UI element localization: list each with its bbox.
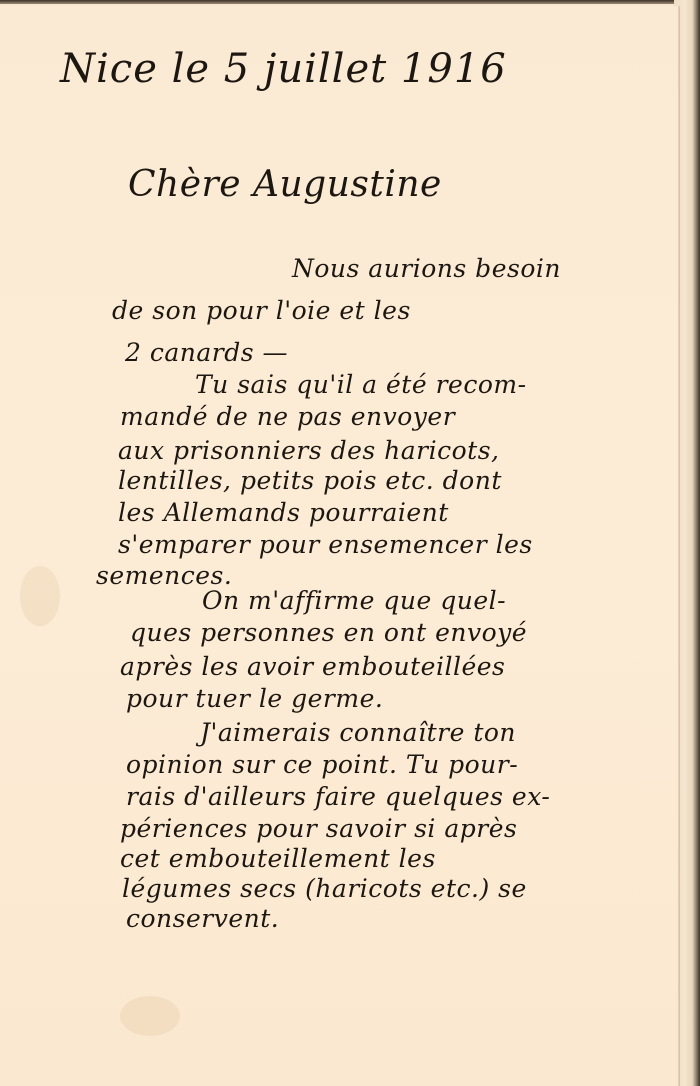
letter-line: mandé de ne pas envoyer [120, 402, 455, 431]
paper-stain [20, 566, 60, 626]
letter-line: On m'affirme que quel- [202, 586, 506, 615]
letter-line: aux prisonniers des haricots, [118, 436, 500, 465]
letter-line: rais d'ailleurs faire quelques ex- [126, 782, 550, 811]
letter-page: Nice le 5 juillet 1916 Chère Augustine N… [0, 6, 678, 1086]
letter-line: lentilles, petits pois etc. dont [118, 466, 502, 495]
letter-line: J'aimerais connaître ton [200, 718, 516, 747]
letter-line: pour tuer le germe. [126, 684, 383, 713]
letter-line: Tu sais qu'il a été recom- [195, 370, 527, 399]
paper-stain [120, 996, 180, 1036]
letter-greeting: Chère Augustine [128, 164, 442, 205]
letter-line: s'emparer pour ensemencer les [118, 530, 533, 559]
letter-line: conservent. [126, 904, 279, 933]
letter-line: après les avoir embouteillées [120, 652, 505, 681]
letter-date: Nice le 5 juillet 1916 [60, 46, 507, 92]
letter-line: Nous aurions besoin [292, 254, 561, 283]
letter-line: de son pour l'oie et les [112, 296, 411, 325]
letter-line: cet embouteillement les [120, 844, 436, 873]
letter-line: légumes secs (haricots etc.) se [122, 874, 527, 903]
letter-line: opinion sur ce point. Tu pour- [126, 750, 518, 779]
letter-line: périences pour savoir si après [120, 814, 517, 843]
letter-line: 2 canards — [125, 338, 288, 367]
letter-line: ques personnes en ont envoyé [130, 618, 527, 647]
letter-line: les Allemands pourraient [118, 498, 449, 527]
